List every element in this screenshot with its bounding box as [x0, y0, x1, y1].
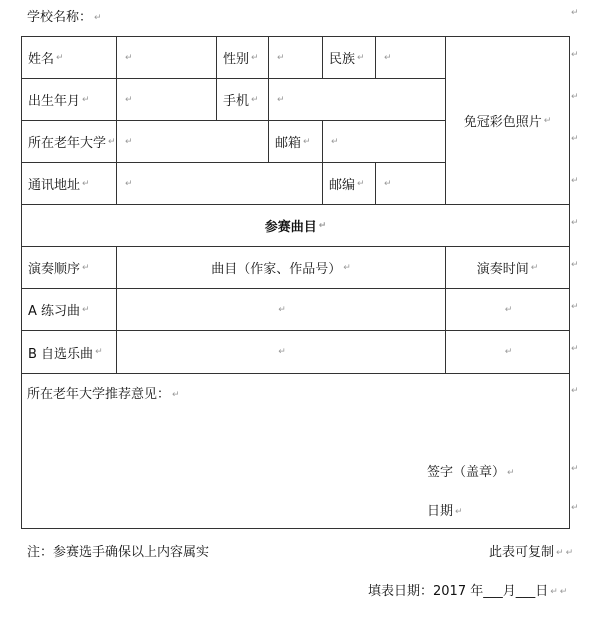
email-label: 邮箱↵ [269, 121, 322, 162]
table-border [569, 36, 570, 529]
ethnicity-label: 民族↵ [323, 37, 375, 78]
paragraph-mark: ↵ [571, 302, 579, 312]
gender-label: 性别↵ [217, 37, 268, 78]
paragraph-mark: ↵ [571, 176, 579, 186]
university-field[interactable]: ↵ [117, 121, 268, 162]
address-label: 通讯地址↵ [22, 163, 116, 204]
paragraph-mark: ↵ [571, 260, 579, 270]
paragraph-mark: ↵ [571, 92, 579, 102]
row-divider [21, 373, 570, 374]
school-name-text: 学校名称： [27, 10, 92, 25]
paragraph-mark: ↵ [571, 8, 579, 18]
paragraph-mark: ↵ [571, 386, 579, 396]
date-label: 日期↵ [427, 500, 463, 519]
postcode-label: 邮编↵ [323, 163, 375, 204]
phone-label: 手机↵ [217, 79, 268, 120]
email-field[interactable]: ↵ [323, 121, 445, 162]
postcode-field[interactable]: ↵ [376, 163, 445, 204]
repertoire-title: 参赛曲目↵ [22, 205, 569, 246]
birth-field[interactable]: ↵ [117, 79, 216, 120]
photo-placeholder: 免冠彩色照片↵ [446, 37, 569, 204]
paragraph-mark: ↵ [94, 13, 102, 23]
table-row-order: A 练习曲↵ [22, 289, 116, 330]
gender-field[interactable]: ↵ [269, 37, 322, 78]
address-field[interactable]: ↵ [117, 163, 322, 204]
paragraph-mark: ↵ [571, 344, 579, 354]
school-name-label: 学校名称：↵ [27, 6, 102, 25]
phone-field[interactable]: ↵ [269, 79, 445, 120]
time-field-b[interactable]: ↵ [446, 331, 569, 373]
paragraph-mark: ↵ [571, 464, 579, 474]
name-label: 姓名↵ [22, 37, 116, 78]
table-border [21, 528, 570, 529]
recommendation-field[interactable] [22, 400, 569, 460]
table-row-order: B 自选乐曲↵ [22, 331, 116, 373]
ethnicity-field[interactable]: ↵ [376, 37, 445, 78]
column-header-order: 演奏顺序↵ [22, 247, 116, 288]
copy-note: 此表可复制↵↵ [489, 541, 573, 560]
paragraph-mark: ↵ [571, 503, 579, 513]
paragraph-mark: ↵ [571, 50, 579, 60]
footer-note: 注：参赛选手确保以上内容属实 [27, 541, 209, 560]
paragraph-mark: ↵ [571, 218, 579, 228]
university-label: 所在老年大学↵ [22, 121, 116, 162]
time-field-a[interactable]: ↵ [446, 289, 569, 330]
paragraph-mark: ↵ [571, 134, 579, 144]
piece-field-a[interactable]: ↵ [117, 289, 445, 330]
name-field[interactable]: ↵ [117, 37, 216, 78]
column-header-time: 演奏时间↵ [446, 247, 569, 288]
fill-date: 填表日期：2017 年___月___日↵↵ [368, 580, 567, 599]
column-header-piece: 曲目（作家、作品号）↵ [117, 247, 445, 288]
signature-label: 签字（盖章）↵ [427, 461, 515, 480]
birth-label: 出生年月↵ [22, 79, 116, 120]
piece-field-b[interactable]: ↵ [117, 331, 445, 373]
